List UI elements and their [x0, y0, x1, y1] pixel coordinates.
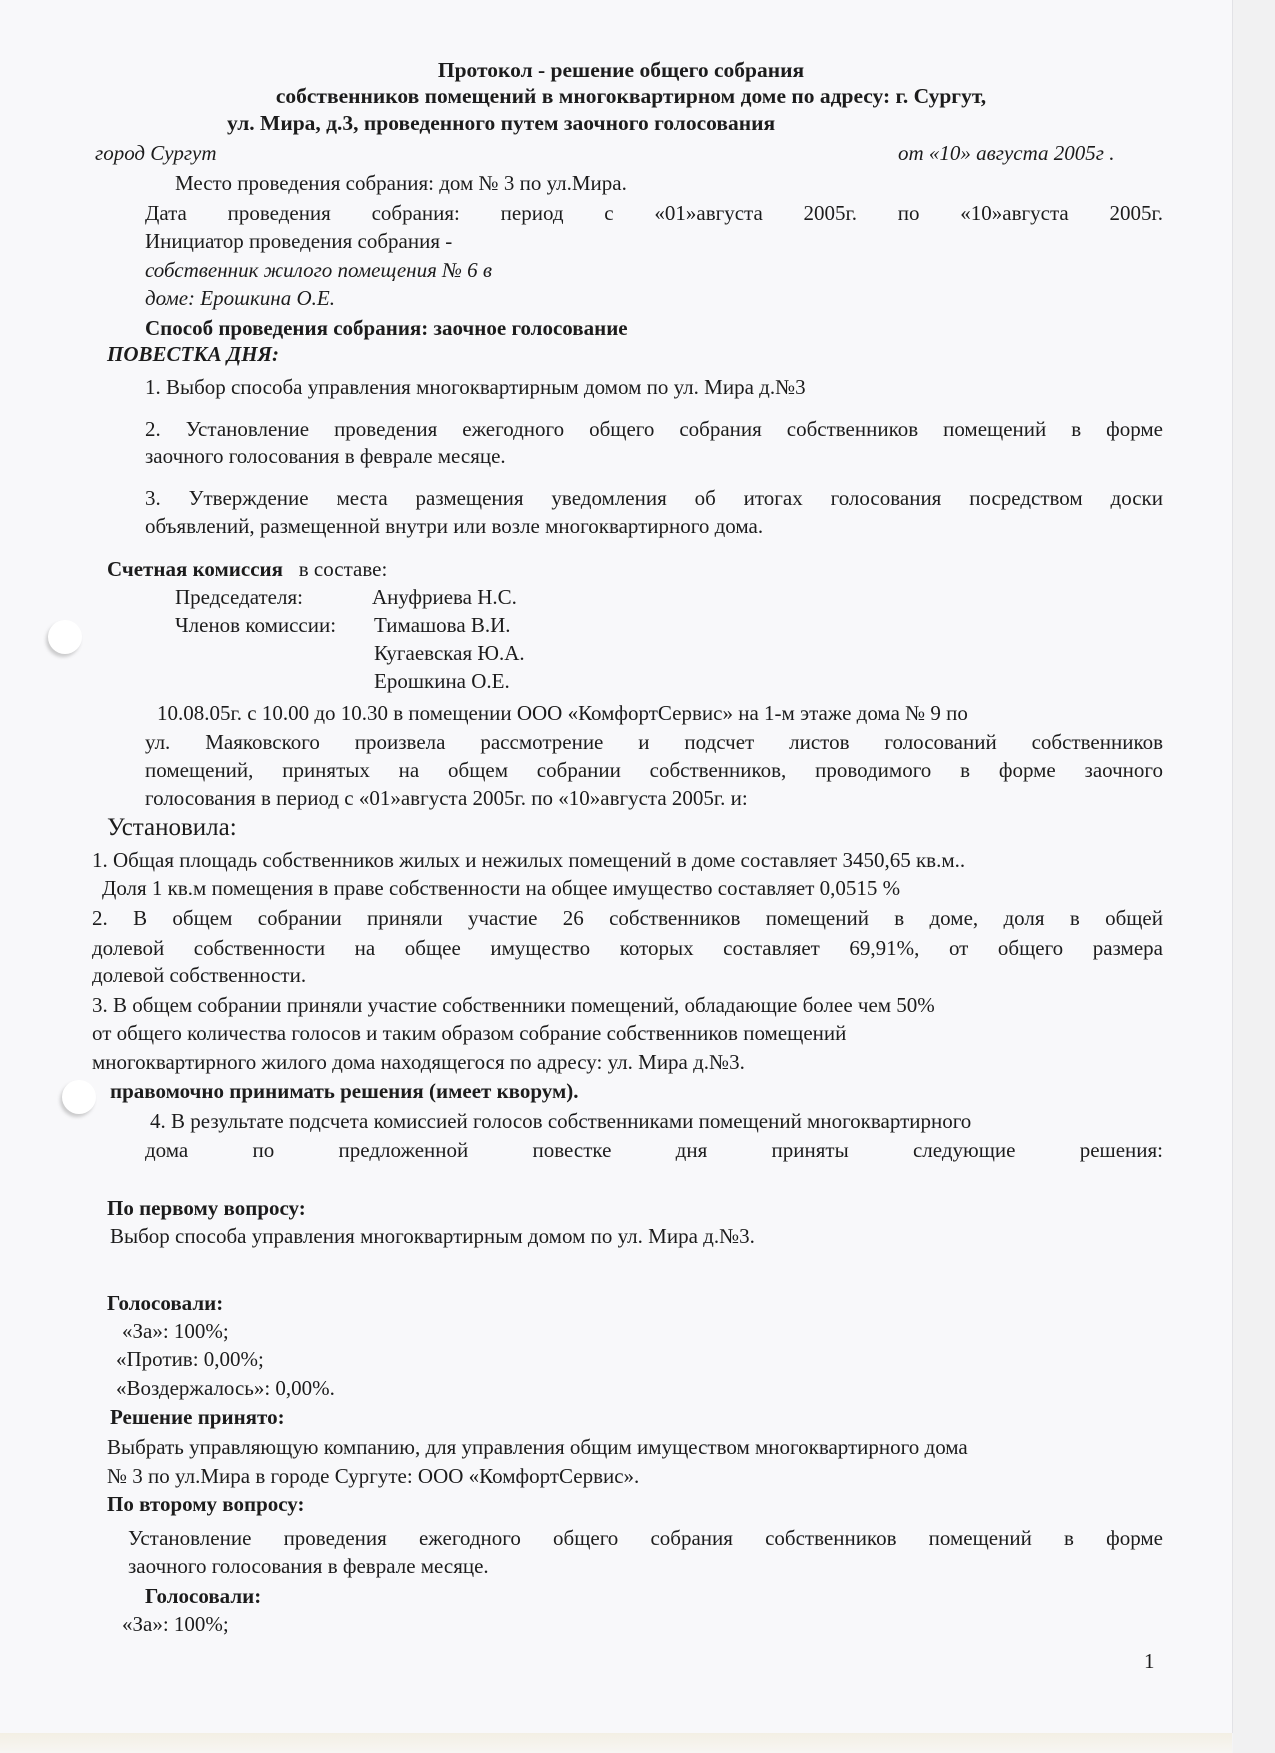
commission-chair-name: Ануфриева Н.С.	[372, 584, 517, 610]
commission-heading: Счетная комиссия в составе:	[107, 556, 387, 582]
scan-margin-strip	[1233, 0, 1275, 1753]
punch-hole	[48, 620, 82, 654]
agenda-item-3-line-2: объявлений, размещенной внутри или возле…	[145, 513, 763, 539]
commission-heading-rest: в составе:	[299, 557, 388, 581]
question-2-text-line-2: заочного голосования в феврале месяце.	[128, 1553, 489, 1579]
established-point-2-line-2: долевой собственности на общее имущество…	[92, 935, 1163, 961]
question-1-votes-abstain: «Воздержалось»: 0,00%.	[116, 1375, 335, 1401]
question-2-votes-for: «За»: 100%;	[122, 1611, 229, 1637]
question-1-decision-line-2: № 3 по ул.Мира в городе Сургуте: ООО «Ко…	[107, 1463, 639, 1489]
commission-paragraph-line-2: ул. Маяковского произвела рассмотрение и…	[145, 729, 1163, 755]
question-1-heading: По первому вопросу:	[107, 1195, 306, 1221]
established-point-2-line-3: долевой собственности.	[92, 962, 306, 988]
page-number: 1	[1144, 1648, 1155, 1674]
commission-heading-bold: Счетная комиссия	[107, 557, 283, 581]
document-city: город Сургут	[95, 140, 217, 166]
question-1-text: Выбор способа управления многоквартирным…	[110, 1223, 755, 1249]
agenda-item-2-line-1: 2. Установление проведения ежегодного об…	[145, 416, 1163, 442]
meeting-initiator-line-1: собственник жилого помещения № 6 в	[145, 257, 492, 283]
commission-member: Кугаевская Ю.А.	[374, 640, 525, 666]
commission-members-label: Членов комиссии:	[175, 612, 336, 638]
established-quorum: правомочно принимать решения (имеет квор…	[110, 1078, 579, 1104]
document-title-line-2: собственников помещений в многоквартирно…	[0, 83, 1232, 109]
established-heading: Установила:	[107, 813, 237, 843]
commission-member: Ерошкина О.Е.	[374, 668, 510, 694]
torn-bottom-edge	[0, 1733, 1232, 1753]
agenda-item-2-line-2: заочного голосования в феврале месяце.	[145, 443, 506, 469]
document-title-line-3: ул. Мира, д.3, проведенного путем заочно…	[227, 110, 775, 136]
established-point-1-line-2: Доля 1 кв.м помещения в праве собственно…	[102, 875, 900, 901]
meeting-initiator-label: Инициатор проведения собрания -	[145, 228, 452, 254]
meeting-method: Способ проведения собрания: заочное голо…	[145, 315, 628, 341]
established-point-3-line-1: 3. В общем собрании приняли участие собс…	[92, 992, 935, 1018]
meeting-date: Дата проведения собрания: период с «01»а…	[145, 200, 1163, 226]
established-point-4-line-1: 4. В результате подсчета комиссией голос…	[150, 1108, 971, 1134]
agenda-item-1: 1. Выбор способа управления многоквартир…	[145, 374, 806, 400]
established-point-4-line-2: дома по предложенной повестке дня принят…	[145, 1137, 1163, 1163]
commission-chair-label: Председателя:	[175, 584, 303, 610]
established-point-3-line-3: многоквартирного жилого дома находящегос…	[92, 1049, 745, 1075]
established-point-1-line-1: 1. Общая площадь собственников жилых и н…	[92, 847, 965, 873]
punch-hole	[62, 1080, 96, 1114]
commission-paragraph-line-3: помещений, принятых на общем собрании со…	[145, 757, 1163, 783]
established-point-2-line-1: 2. В общем собрании приняли участие 26 с…	[92, 905, 1163, 931]
established-point-3-line-2: от общего количества голосов и таким обр…	[92, 1020, 846, 1046]
question-1-decision-line-1: Выбрать управляющую компанию, для управл…	[107, 1434, 968, 1460]
question-1-decision-heading: Решение принято:	[110, 1404, 285, 1430]
question-2-heading: По второму вопросу:	[107, 1491, 305, 1517]
question-1-voted-heading: Голосовали:	[107, 1290, 223, 1316]
question-1-votes-against: «Против: 0,00%;	[116, 1346, 264, 1372]
question-2-text-line-1: Установление проведения ежегодного общег…	[128, 1525, 1163, 1551]
commission-member: Тимашова В.И.	[374, 612, 511, 638]
document-title-line-1: Протокол - решение общего собрания	[0, 57, 1232, 83]
meeting-place: Место проведения собрания: дом № 3 по ул…	[175, 170, 627, 196]
meeting-initiator-line-2: доме: Ерошкина О.Е.	[145, 285, 335, 311]
commission-paragraph-line-4: голосования в период с «01»августа 2005г…	[145, 785, 748, 811]
question-2-voted-heading: Голосовали:	[145, 1583, 261, 1609]
agenda-heading: ПОВЕСТКА ДНЯ:	[107, 341, 279, 367]
agenda-item-3-line-1: 3. Утверждение места размещения уведомле…	[145, 485, 1163, 511]
commission-paragraph-line-1: 10.08.05г. с 10.00 до 10.30 в помещении …	[157, 700, 968, 726]
question-1-votes-for: «За»: 100%;	[122, 1318, 229, 1344]
document-date: от «10» августа 2005г .	[898, 140, 1114, 166]
